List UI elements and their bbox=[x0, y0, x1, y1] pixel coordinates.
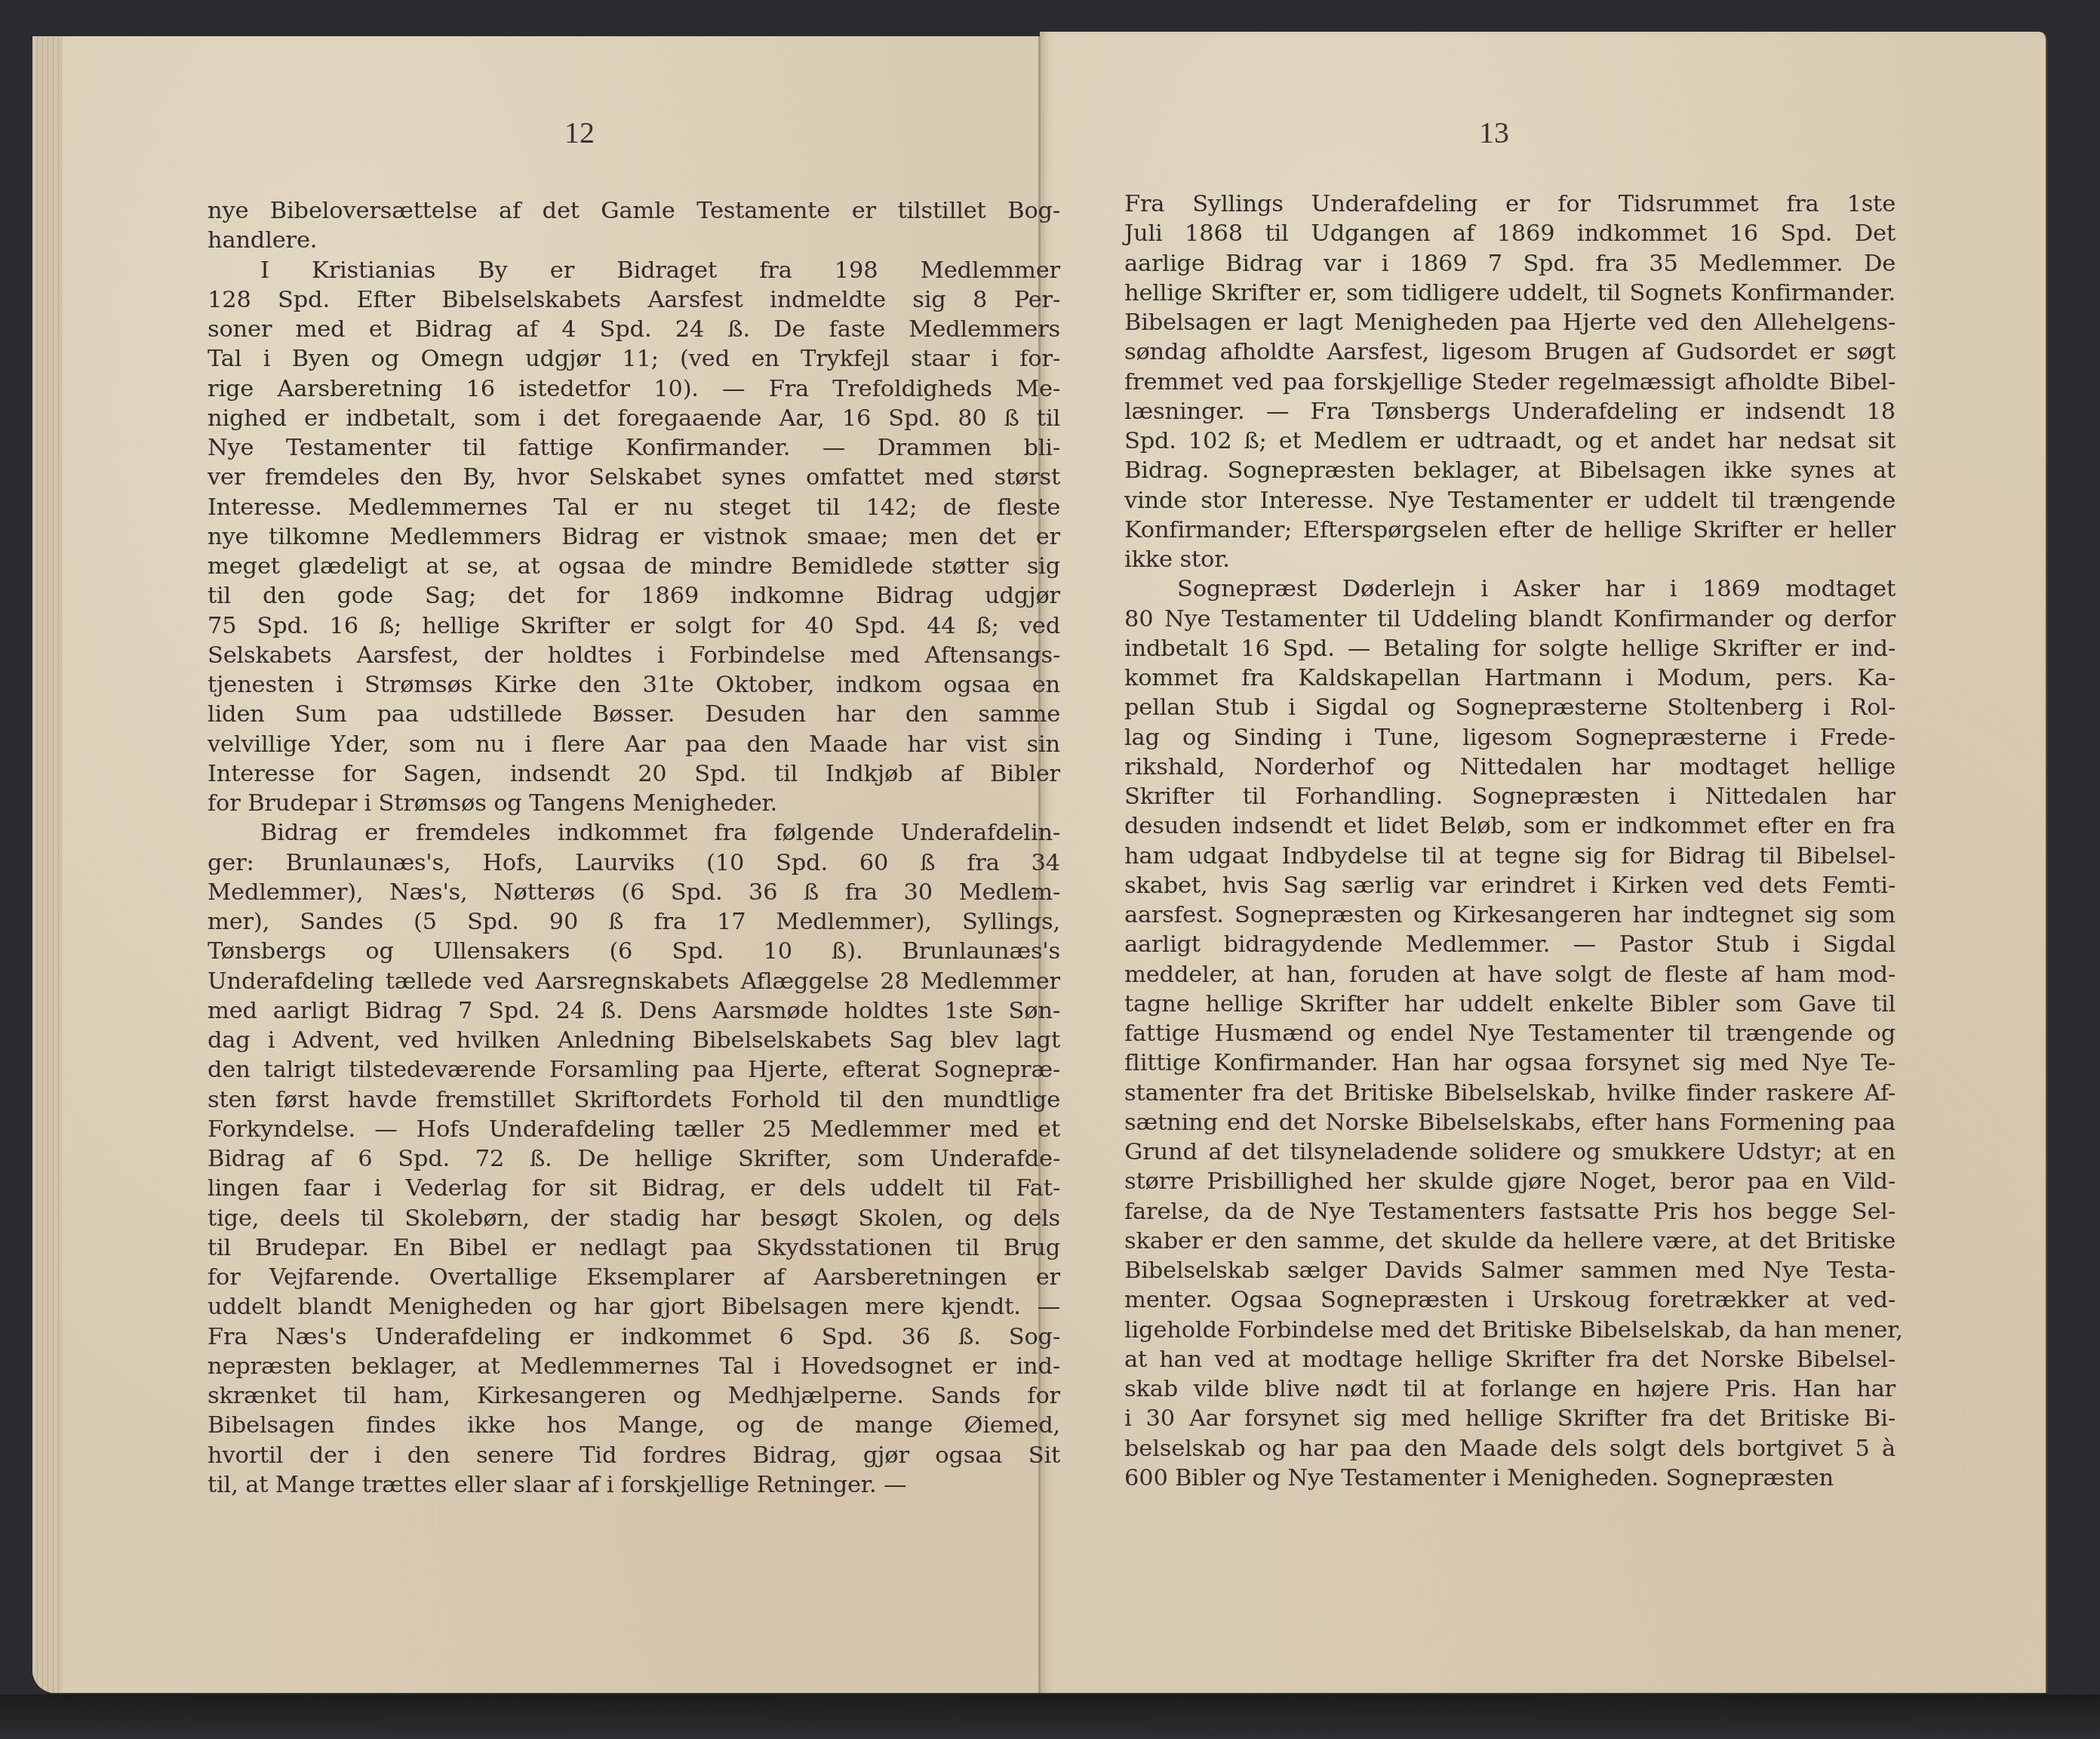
text-line: nighed er indbetalt, som i det foregaaen… bbox=[208, 405, 1060, 432]
text-line: mer), Sandes (5 Spd. 90 ß fra 17 Medlemm… bbox=[208, 909, 1060, 935]
text-line: hellige Skrifter er, som tidligere uddel… bbox=[1124, 280, 1896, 306]
text-line: uddelt blandt Menigheden og har gjort Bi… bbox=[208, 1294, 1060, 1320]
text-line: aarlige Bidrag var i 1869 7 Spd. fra 35 … bbox=[1124, 251, 1896, 277]
text-line: vinde stor Interesse. Nye Testamenter er… bbox=[1124, 488, 1896, 514]
text-line: fremmet ved paa forskjellige Steder rege… bbox=[1124, 369, 1896, 396]
text-line: Underafdeling tællede ved Aarsregnskabet… bbox=[208, 968, 1060, 995]
text-line: Spd. 102 ß; et Medlem er udtraadt, og et… bbox=[1124, 428, 1896, 454]
text-line: Interesse. Medlemmernes Tal er nu steget… bbox=[208, 494, 1060, 521]
text-line: 128 Spd. Efter Bibelselskabets Aarsfest … bbox=[208, 287, 1060, 313]
text-line: at han ved at modtage hellige Skrifter f… bbox=[1124, 1347, 1896, 1373]
text-line: ver fremdeles den By, hvor Selskabet syn… bbox=[208, 464, 1060, 491]
text-line: i 30 Aar forsynet sig med hellige Skrift… bbox=[1124, 1405, 1896, 1432]
text-line: menter. Ogsaa Sognepræsten i Urskoug for… bbox=[1124, 1287, 1896, 1313]
text-line: Tønsbergs og Ullensakers (6 Spd. 10 ß). … bbox=[208, 938, 1060, 965]
text-line: skaber er den samme, det skulde da helle… bbox=[1124, 1228, 1896, 1254]
text-line: aarligt bidragydende Medlemmer. — Pastor… bbox=[1124, 931, 1896, 958]
text-line: Grund af det tilsyneladende solidere og … bbox=[1124, 1139, 1896, 1165]
text-line: 80 Nye Testamenter til Uddeling blandt K… bbox=[1124, 606, 1896, 633]
text-line: pellan Stub i Sigdal og Sognepræsterne S… bbox=[1124, 694, 1896, 721]
text-line: Bibelsagen er lagt Menigheden paa Hjerte… bbox=[1124, 309, 1896, 336]
text-line: ikke stor. bbox=[1124, 546, 1896, 573]
text-line: Selskabets Aarsfest, der holdtes i Forbi… bbox=[208, 642, 1060, 669]
text-line: stamenter fra det Britiske Bibelselskab,… bbox=[1124, 1080, 1896, 1106]
text-line: Interesse for Sagen, indsendt 20 Spd. ti… bbox=[208, 761, 1060, 787]
text-line: handlere. bbox=[208, 227, 1060, 254]
text-line: sætning end det Norske Bibelselskabs, ef… bbox=[1124, 1110, 1896, 1136]
text-line: tjenesten i Strømsøs Kirke den 31te Okto… bbox=[208, 672, 1060, 698]
text-line: desuden indsendt et lidet Beløb, som er … bbox=[1124, 813, 1896, 839]
text-line: ham udgaat Indbydelse til at tegne sig f… bbox=[1124, 843, 1896, 869]
text-line: søndag afholdte Aarsfest, ligesom Brugen… bbox=[1124, 339, 1896, 365]
text-line: Tal i Byen og Omegn udgjør 11; (ved en T… bbox=[208, 346, 1060, 372]
text-line: Fra Næs's Underafdeling er indkommet 6 S… bbox=[208, 1324, 1060, 1350]
text-line: fattige Husmænd og endel Nye Testamenter… bbox=[1124, 1020, 1896, 1047]
text-line: rikshald, Norderhof og Nittedalen har mo… bbox=[1124, 754, 1896, 780]
text-line: velvillige Yder, som nu i flere Aar paa … bbox=[208, 731, 1060, 758]
text-line: nye tilkomne Medlemmers Bidrag er vistno… bbox=[208, 524, 1060, 550]
page-number-left: 12 bbox=[564, 115, 595, 150]
text-line: Medlemmer), Næs's, Nøtterøs (6 Spd. 36 ß… bbox=[208, 879, 1060, 906]
text-line: Juli 1868 til Udgangen af 1869 indkommet… bbox=[1124, 220, 1896, 247]
text-line: skabet, hvis Sag særlig var erindret i K… bbox=[1124, 873, 1896, 899]
text-line: meddeler, at han, foruden at have solgt … bbox=[1124, 962, 1896, 988]
text-line: Bidrag er fremdeles indkommet fra følgen… bbox=[208, 820, 1060, 846]
text-line: sten først havde fremstillet Skriftordet… bbox=[208, 1087, 1060, 1113]
text-line: farelse, da de Nye Testamenters fastsatt… bbox=[1124, 1199, 1896, 1225]
text-line: til den gode Sag; det for 1869 indkomne … bbox=[208, 583, 1060, 609]
text-line: Konfirmander; Efterspørgselen efter de h… bbox=[1124, 517, 1896, 543]
text-line: Bidrag af 6 Spd. 72 ß. De hellige Skrift… bbox=[208, 1146, 1060, 1172]
text-line: 600 Bibler og Nye Testamenter i Menighed… bbox=[1124, 1465, 1896, 1491]
text-line: rige Aarsberetning 16 istedetfor 10). — … bbox=[208, 376, 1060, 402]
text-line: for Vejfarende. Overtallige Eksemplarer … bbox=[208, 1264, 1060, 1291]
text-line: aarsfest. Sognepræsten og Kirkesangeren … bbox=[1124, 902, 1896, 928]
text-line: den talrigt tilstedeværende Forsamling p… bbox=[208, 1057, 1060, 1083]
text-line: Bidrag. Sognepræsten beklager, at Bibels… bbox=[1124, 457, 1896, 484]
text-line: for Brudepar i Strømsøs og Tangens Menig… bbox=[208, 790, 1060, 817]
text-line: Bibelselskab sælger Davids Salmer sammen… bbox=[1124, 1257, 1896, 1284]
text-line: ligeholde Forbindelse med det Britiske B… bbox=[1124, 1317, 1896, 1343]
text-line: kommet fra Kaldskapellan Hartmann i Modu… bbox=[1124, 665, 1896, 691]
text-line: Forkyndelse. — Hofs Underafdeling tæller… bbox=[208, 1116, 1060, 1143]
text-line: hvortil der i den senere Tid fordres Bid… bbox=[208, 1442, 1060, 1469]
text-line: Fra Syllings Underafdeling er for Tidsru… bbox=[1124, 191, 1896, 217]
text-line: soner med et Bidrag af 4 Spd. 24 ß. De f… bbox=[208, 316, 1060, 343]
text-line: liden Sum paa udstillede Bøsser. Desuden… bbox=[208, 701, 1060, 728]
text-line: Nye Testamenter til fattige Konfirmander… bbox=[208, 435, 1060, 461]
text-line: læsninger. — Fra Tønsbergs Underafdeling… bbox=[1124, 399, 1896, 425]
text-line: til, at Mange trættes eller slaar af i f… bbox=[208, 1472, 1060, 1498]
scanner-background bbox=[0, 1694, 2100, 1739]
text-line: Sognepræst Døderlejn i Asker har i 1869 … bbox=[1124, 576, 1896, 602]
text-line: ger: Brunlaunæs's, Hofs, Laurviks (10 Sp… bbox=[208, 850, 1060, 876]
text-line: I Kristianias By er Bidraget fra 198 Med… bbox=[208, 257, 1060, 284]
text-line: 75 Spd. 16 ß; hellige Skrifter er solgt … bbox=[208, 613, 1060, 639]
page-number-right: 13 bbox=[1479, 115, 1509, 150]
text-line: nye Bibeloversættelse af det Gamle Testa… bbox=[208, 198, 1060, 224]
text-line: skab vilde blive nødt til at forlange en… bbox=[1124, 1376, 1896, 1402]
text-line: meget glædeligt at se, at ogsaa de mindr… bbox=[208, 553, 1060, 580]
text-line: til Brudepar. En Bibel er nedlagt paa Sk… bbox=[208, 1235, 1060, 1261]
text-line: belselskab og har paa den Maade dels sol… bbox=[1124, 1436, 1896, 1462]
text-line: Bibelsagen findes ikke hos Mange, og de … bbox=[208, 1412, 1060, 1439]
text-line: skrænket til ham, Kirkesangeren og Medhj… bbox=[208, 1383, 1060, 1409]
text-line: lag og Sinding i Tune, ligesom Sognepræs… bbox=[1124, 725, 1896, 751]
text-line: lingen faar i Vederlag for sit Bidrag, e… bbox=[208, 1175, 1060, 1202]
text-line: med aarligt Bidrag 7 Spd. 24 ß. Dens Aar… bbox=[208, 998, 1060, 1024]
text-line: større Prisbillighed her skulde gjøre No… bbox=[1124, 1168, 1896, 1195]
text-line: Skrifter til Forhandling. Sognepræsten i… bbox=[1124, 783, 1896, 810]
text-line: tige, deels til Skolebørn, der stadig ha… bbox=[208, 1205, 1060, 1232]
text-line: tagne hellige Skrifter har uddelt enkelt… bbox=[1124, 991, 1896, 1017]
text-line: nepræsten beklager, at Medlemmernes Tal … bbox=[208, 1353, 1060, 1380]
page-stack-edges bbox=[32, 36, 63, 1693]
text-line: indbetalt 16 Spd. — Betaling for solgte … bbox=[1124, 636, 1896, 662]
text-line: flittige Konfirmander. Han har ogsaa for… bbox=[1124, 1050, 1896, 1076]
text-line: dag i Advent, ved hvilken Anledning Bibe… bbox=[208, 1027, 1060, 1054]
